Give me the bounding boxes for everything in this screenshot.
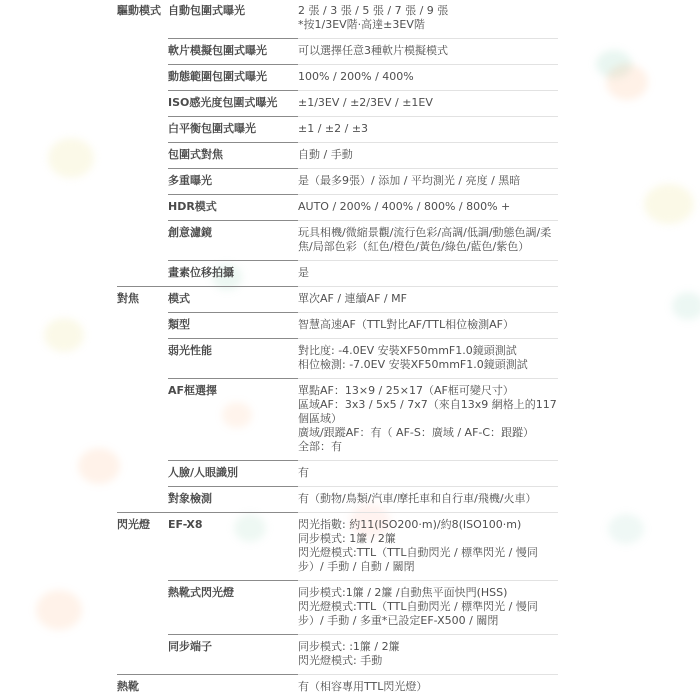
spec-value: 100% / 200% / 400% — [298, 64, 558, 90]
spec-category — [117, 260, 168, 286]
spec-value: 玩具相機/微縮景觀/流行色彩/高調/低調/動態色調/柔焦/局部色彩（紅色/橙色/… — [298, 220, 558, 260]
spec-label: AF框選擇 — [168, 378, 298, 460]
spec-value: 對比度: -4.0EV 安裝XF50mmF1.0鏡頭測試 相位檢測: -7.0E… — [298, 338, 558, 378]
spec-value: 單點AF：13×9 / 25×17（AF框可變尺寸） 區域AF：3x3 / 5x… — [298, 378, 558, 460]
spec-label: HDR模式 — [168, 194, 298, 220]
spec-category — [117, 194, 168, 220]
spec-category — [117, 460, 168, 486]
table-row: 熱靴 有（相容專用TTL閃光燈） — [117, 674, 558, 700]
spec-value: 可以選擇任意3種軟片模擬模式 — [298, 38, 558, 64]
spec-value: ±1 / ±2 / ±3 — [298, 116, 558, 142]
spec-category — [117, 580, 168, 634]
spec-category — [117, 486, 168, 512]
spec-label: 白平衡包圍式曝光 — [168, 116, 298, 142]
spec-value: 自動 / 手動 — [298, 142, 558, 168]
spec-category: 對焦 — [117, 286, 168, 312]
spec-label: 熱靴式閃光燈 — [168, 580, 298, 634]
spec-category — [117, 38, 168, 64]
spec-value: 單次AF / 連續AF / MF — [298, 286, 558, 312]
table-row: 人臉/人眼識別 有 — [117, 460, 558, 486]
spec-value: 2 張 / 3 張 / 5 張 / 7 張 / 9 張 *按1/3EV階·高達±… — [298, 1, 558, 38]
spec-category — [117, 338, 168, 378]
table-row: 驅動模式 自動包圍式曝光 2 張 / 3 張 / 5 張 / 7 張 / 9 張… — [117, 1, 558, 38]
spec-label: 自動包圍式曝光 — [168, 1, 298, 38]
spec-category: 閃光燈 — [117, 512, 168, 580]
spec-label: 模式 — [168, 286, 298, 312]
watermark-blob — [608, 514, 644, 544]
watermark-blob — [644, 184, 694, 224]
spec-label: 軟片模擬包圍式曝光 — [168, 38, 298, 64]
spec-label: 畫素位移拍攝 — [168, 260, 298, 286]
spec-category — [117, 64, 168, 90]
table-row: 創意濾鏡 玩具相機/微縮景觀/流行色彩/高調/低調/動態色調/柔焦/局部色彩（紅… — [117, 220, 558, 260]
table-row: 熱靴式閃光燈 同步模式:1簾 / 2簾 /自動焦平面快門(HSS) 閃光燈模式:… — [117, 580, 558, 634]
spec-label: 同步端子 — [168, 634, 298, 674]
spec-category: 熱靴 — [117, 674, 168, 700]
camera-spec-table: 驅動模式 自動包圍式曝光 2 張 / 3 張 / 5 張 / 7 張 / 9 張… — [117, 1, 558, 700]
table-row: 弱光性能 對比度: -4.0EV 安裝XF50mmF1.0鏡頭測試 相位檢測: … — [117, 338, 558, 378]
spec-label: 類型 — [168, 312, 298, 338]
table-row: 畫素位移拍攝 是 — [117, 260, 558, 286]
table-row: 對象檢測 有（動物/鳥類/汽車/摩托車和自行車/飛機/火車） — [117, 486, 558, 512]
spec-value: 閃光指數: 約11(ISO200·m)/約8(ISO100·m) 同步模式: 1… — [298, 512, 558, 580]
spec-label: EF-X8 — [168, 512, 298, 580]
table-row: ISO感光度包圍式曝光 ±1/3EV / ±2/3EV / ±1EV — [117, 90, 558, 116]
spec-value: 是（最多9張）/ 添加 / 平均測光 / 亮度 / 黑暗 — [298, 168, 558, 194]
spec-category — [117, 312, 168, 338]
spec-value: 是 — [298, 260, 558, 286]
spec-category — [117, 90, 168, 116]
spec-value: ±1/3EV / ±2/3EV / ±1EV — [298, 90, 558, 116]
table-row: 動態範圍包圍式曝光 100% / 200% / 400% — [117, 64, 558, 90]
table-row: 類型 智慧高速AF（TTL對比AF/TTL相位檢測AF） — [117, 312, 558, 338]
spec-category — [117, 634, 168, 674]
table-row: 包圍式對焦 自動 / 手動 — [117, 142, 558, 168]
spec-category — [117, 116, 168, 142]
spec-label: 弱光性能 — [168, 338, 298, 378]
table-row: 閃光燈 EF-X8 閃光指數: 約11(ISO200·m)/約8(ISO100·… — [117, 512, 558, 580]
table-row: HDR模式 AUTO / 200% / 400% / 800% / 800% + — [117, 194, 558, 220]
watermark-blob — [48, 138, 94, 178]
spec-label: 創意濾鏡 — [168, 220, 298, 260]
table-row: 多重曝光 是（最多9張）/ 添加 / 平均測光 / 亮度 / 黑暗 — [117, 168, 558, 194]
watermark-blob — [36, 590, 82, 630]
spec-label: ISO感光度包圍式曝光 — [168, 90, 298, 116]
watermark-blob — [606, 64, 648, 100]
spec-category — [117, 220, 168, 260]
watermark-blob — [44, 318, 84, 352]
spec-label: 動態範圍包圍式曝光 — [168, 64, 298, 90]
table-row: 對焦 模式 單次AF / 連續AF / MF — [117, 286, 558, 312]
spec-label: 多重曝光 — [168, 168, 298, 194]
table-row: 白平衡包圍式曝光 ±1 / ±2 / ±3 — [117, 116, 558, 142]
table-row: 同步端子 同步模式: :1簾 / 2簾 閃光燈模式: 手動 — [117, 634, 558, 674]
spec-value: AUTO / 200% / 400% / 800% / 800% + — [298, 194, 558, 220]
spec-value: 同步模式:1簾 / 2簾 /自動焦平面快門(HSS) 閃光燈模式:TTL（TTL… — [298, 580, 558, 634]
table-row: 軟片模擬包圍式曝光 可以選擇任意3種軟片模擬模式 — [117, 38, 558, 64]
spec-category — [117, 168, 168, 194]
spec-label: 對象檢測 — [168, 486, 298, 512]
spec-label: 人臉/人眼識別 — [168, 460, 298, 486]
spec-category — [117, 142, 168, 168]
spec-value: 智慧高速AF（TTL對比AF/TTL相位檢測AF） — [298, 312, 558, 338]
spec-value: 有 — [298, 460, 558, 486]
spec-label: 包圍式對焦 — [168, 142, 298, 168]
watermark-blob — [78, 448, 120, 484]
spec-value: 有（相容專用TTL閃光燈） — [298, 674, 558, 700]
spec-category: 驅動模式 — [117, 1, 168, 38]
spec-value: 有（動物/鳥類/汽車/摩托車和自行車/飛機/火車） — [298, 486, 558, 512]
spec-category — [117, 378, 168, 460]
spec-label — [168, 674, 298, 700]
watermark-blob — [672, 292, 700, 320]
table-row: AF框選擇 單點AF：13×9 / 25×17（AF框可變尺寸） 區域AF：3x… — [117, 378, 558, 460]
spec-value: 同步模式: :1簾 / 2簾 閃光燈模式: 手動 — [298, 634, 558, 674]
